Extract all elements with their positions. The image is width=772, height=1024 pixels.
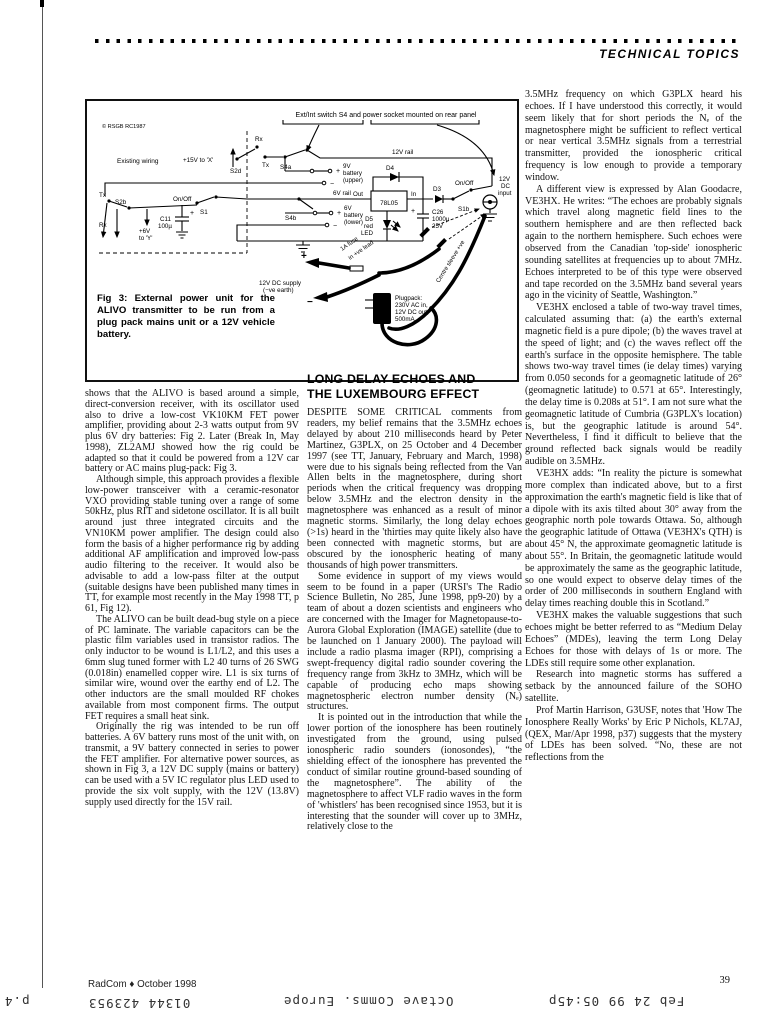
ground-rail [237, 241, 423, 252]
page-number: 39 [690, 975, 730, 986]
label-c26-plus: + [411, 208, 415, 215]
paragraph: shows that the ALIVO is based around a s… [85, 389, 299, 475]
paragraph: Prof Martin Harrison, G3USF, notes that … [525, 705, 742, 764]
label-tx-top: Tx [262, 162, 270, 169]
label-s2b: S2b [115, 199, 127, 206]
label-plus6-2: to 'Y' [139, 235, 152, 242]
label-rear-panel-note: Ext/Int switch S4 and power socket mount… [296, 112, 477, 119]
label-s4b: S4b [285, 215, 297, 222]
magazine-page: TECHNICAL TOPICS © RSGB RC1987 Ext/Int s… [0, 0, 772, 1024]
section-title: TECHNICAL TOPICS [440, 47, 740, 61]
fax-number: 01344 423953 [88, 996, 190, 1011]
label-plus15v: +15V to 'X' [183, 157, 213, 164]
column-1: shows that the ALIVO is based around a s… [85, 389, 299, 808]
label-bat9-1: 9V [343, 163, 351, 170]
label-bat9-2: battery [343, 170, 363, 177]
paragraph: Originally the rig was intended to be ru… [85, 722, 299, 808]
label-rx-top: Rx [255, 136, 264, 143]
supply-cables [305, 216, 485, 345]
label-plugpack-3: 12V DC out, [395, 309, 429, 316]
paragraph: A different view is expressed by Alan Go… [525, 184, 742, 302]
label-plugpack-2: 230V AC in, [395, 302, 428, 309]
switch-s2d [233, 145, 283, 167]
label-plus6-1: +6V [139, 228, 151, 235]
paragraph: VE3HX makes the valuable suggestions tha… [525, 610, 742, 669]
label-s1b: S1b [458, 206, 470, 213]
label-bat9-3: (upper) [343, 177, 363, 184]
paragraph: Some evidence in support of my views wou… [307, 572, 522, 714]
paragraph: Although simple, this approach provides … [85, 475, 299, 615]
fax-page-label: p.4 [4, 994, 30, 1009]
label-s2d: S2d [230, 168, 242, 175]
label-dcin-3: input [498, 190, 512, 197]
fax-sender: Octave Comms. Europe [283, 994, 454, 1009]
label-78l05: 78L05 [380, 200, 398, 207]
paragraph: VE3HX adds: “In reality the picture is s… [525, 468, 742, 610]
label-c26-1: C26 [432, 209, 444, 216]
article-heading: LONG DELAY ECHOES AND THE LUXEMBOURG EFF… [307, 372, 522, 402]
journal-footer: RadCom ♦ October 1998 [88, 979, 196, 990]
label-dcin-1: 12V [499, 176, 511, 183]
label-existing-wiring: Existing wiring [117, 158, 159, 165]
fax-scan-artifact-line [42, 0, 43, 988]
paragraph: Research into magnetic storms has suffer… [525, 669, 742, 705]
label-onoff-left: On/Off [173, 196, 192, 203]
label-bat6-minus: − [333, 223, 337, 230]
label-bat6-plus: + [337, 210, 341, 217]
label-supply-plus: + [301, 251, 307, 262]
label-out: Out [353, 191, 363, 198]
fax-scan-artifact-tick [40, 0, 44, 7]
paragraph: 3.5MHz frequency on which G3PLX heard hi… [525, 89, 742, 184]
column-3: 3.5MHz frequency on which G3PLX heard hi… [525, 89, 742, 764]
paragraph: It is pointed out in the introduction th… [307, 713, 522, 833]
column-2: LONG DELAY ECHOES AND THE LUXEMBOURG EFF… [307, 372, 522, 833]
label-12v-rail: 12V rail [392, 149, 413, 156]
label-plugpack-1: Plugpack: [395, 295, 422, 302]
label-c26-2: 1000µ [432, 216, 450, 223]
label-d3: D3 [433, 186, 442, 193]
figure-caption: Fig 3: External power unit for the ALIVO… [97, 293, 275, 341]
label-d5-3: LED [361, 230, 374, 237]
paragraph: DESPITE SOME CRITICAL comments from read… [307, 408, 522, 572]
label-plugpack-4: 500mA [395, 316, 415, 323]
label-bat6-1: 6V [344, 205, 352, 212]
existing-wiring-boundary [99, 131, 247, 253]
heading-line-2: THE LUXEMBOURG EFFECT [307, 387, 479, 401]
label-d4: D4 [386, 165, 395, 172]
heading-line-1: LONG DELAY ECHOES AND [307, 372, 475, 386]
plugpack [365, 293, 391, 324]
label-bat6-2: battery [344, 212, 364, 219]
label-d5-1: D5 [365, 216, 373, 223]
label-c11-plus: + [190, 210, 194, 217]
header-dotted-rule [95, 39, 740, 43]
label-supply-1: 12V DC supply [259, 280, 302, 287]
label-dcin-2: DC [501, 183, 510, 190]
label-c11-2: 100µ [158, 223, 172, 230]
figure-credit: © RSGB RC1987 [102, 123, 146, 130]
label-bat9-plus: + [336, 168, 340, 175]
label-onoff-right: On/Off [455, 180, 474, 187]
fax-datetime: Feb 24 99 05:45p [548, 994, 684, 1009]
figure-3-box: © RSGB RC1987 Ext/Int switch S4 and powe… [85, 99, 519, 382]
label-supply-minus: − [307, 297, 313, 308]
label-s1: S1 [200, 209, 208, 216]
label-d5-2: red [364, 223, 374, 230]
label-rx-left: Rx [99, 222, 108, 229]
label-s4a: S4a [280, 164, 292, 171]
paragraph: The ALIVO can be built dead-bug style on… [85, 615, 299, 723]
label-bat6-3: (lower) [344, 219, 363, 226]
label-bat9-minus: − [330, 181, 334, 188]
paragraph: VE3HX enclosed a table of two-way travel… [525, 302, 742, 468]
led-d5 [383, 211, 400, 241]
label-tx-left: Tx [99, 192, 107, 199]
label-6v-rail: 6V rail [333, 190, 351, 197]
label-in: In [411, 191, 417, 198]
label-c11-1: C11 [160, 216, 171, 223]
